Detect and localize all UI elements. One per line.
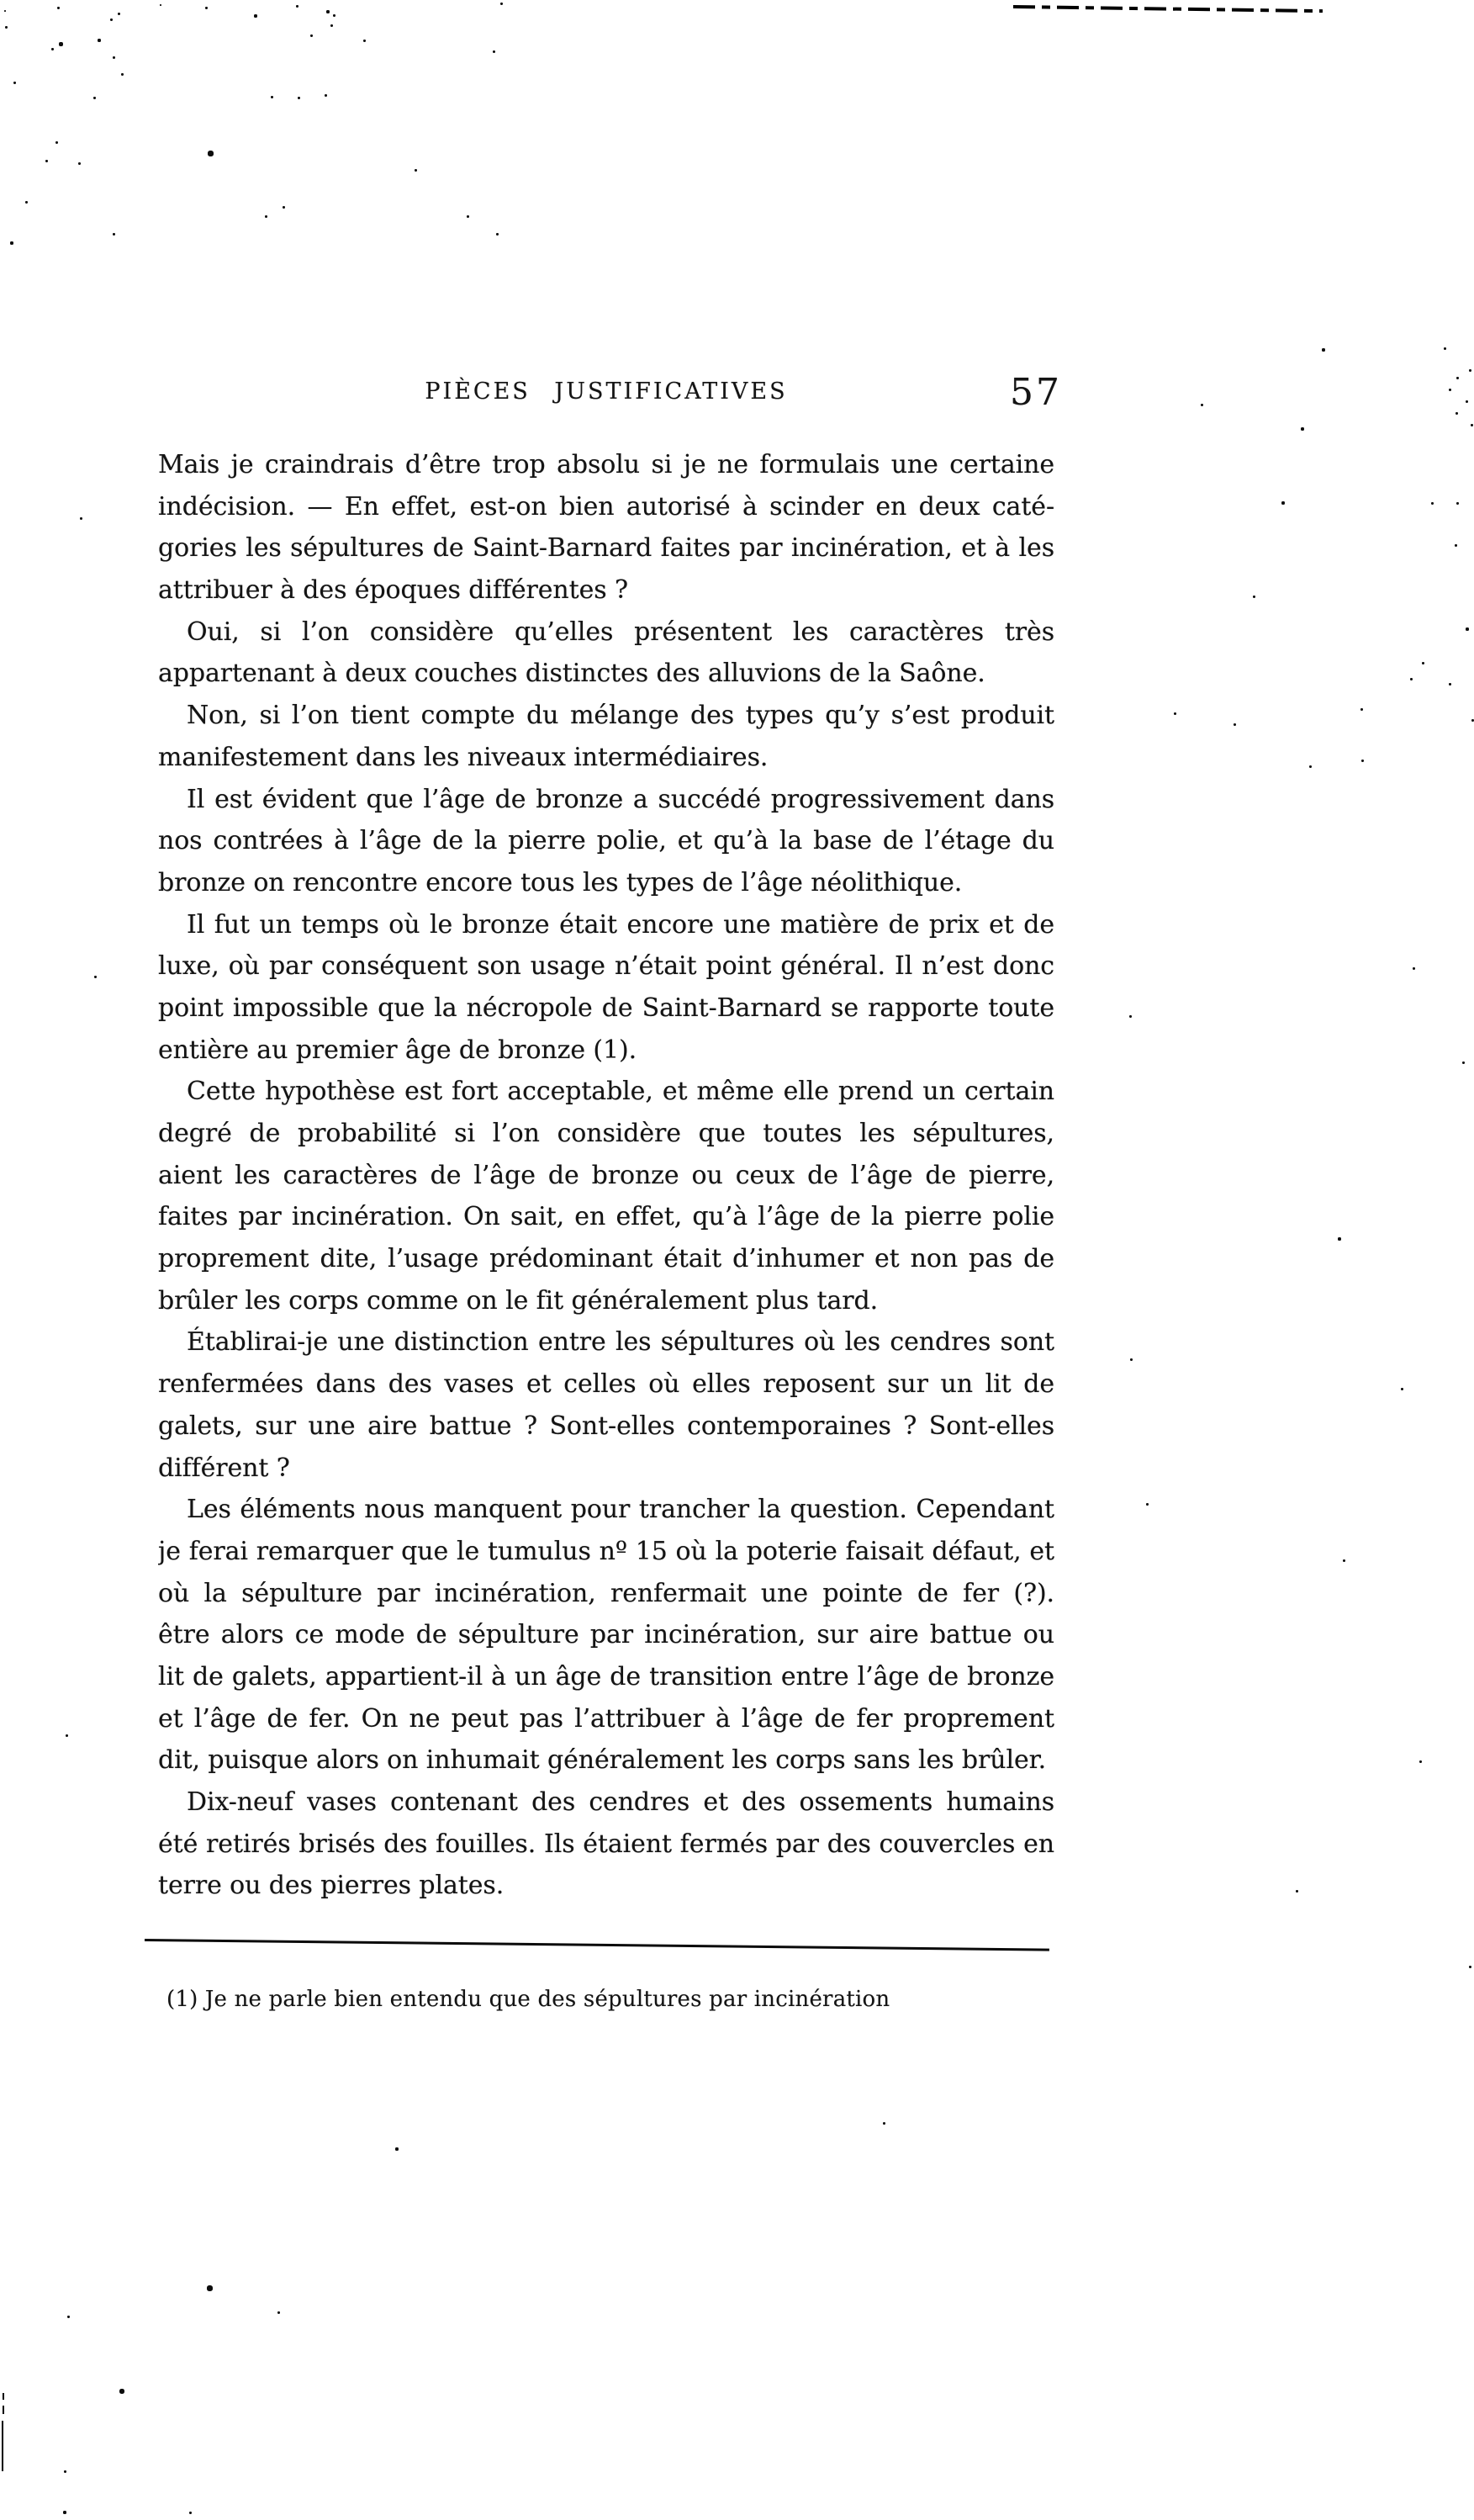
scan-speck <box>78 162 81 165</box>
footnote-text: (1) Je ne parle bien entendu que des sép… <box>166 1987 1007 2012</box>
scan-speck <box>1361 760 1364 762</box>
scan-speck <box>415 169 417 172</box>
scan-speck <box>1449 389 1451 391</box>
scan-speck <box>1456 377 1459 379</box>
text-line: attribuer à des époques différentes ? <box>158 569 1054 611</box>
scan-speck <box>1201 404 1203 406</box>
text-line: lit de galets, appartient-il à un âge de… <box>158 1656 1054 1698</box>
paragraph: Il est évident que l’âge de bronze a suc… <box>158 779 1054 904</box>
scan-speck <box>1146 1503 1149 1506</box>
scan-speck <box>271 96 273 98</box>
text-line: gories les sépultures de Saint-Barnard f… <box>158 527 1054 569</box>
scan-speck <box>1413 967 1415 970</box>
scan-speck <box>13 82 16 84</box>
left-edge-tick <box>3 2406 4 2414</box>
scan-speck <box>121 73 124 76</box>
paragraph: Dix-neuf vases contenant des cendres et … <box>158 1781 1054 1907</box>
left-edge-line <box>2 2421 3 2471</box>
text-line: et l’âge de fer. On ne peut pas l’attrib… <box>158 1698 1054 1740</box>
scan-speck <box>265 215 267 218</box>
scan-speck <box>4 10 6 12</box>
scan-speck <box>1471 424 1473 426</box>
scan-speck <box>496 233 499 236</box>
scan-speck <box>1343 1559 1345 1562</box>
scan-speck <box>395 2147 399 2151</box>
text-line: Non, si l’on tient compte du mélange des… <box>158 695 1054 737</box>
text-line: Il est évident que l’âge de bronze a suc… <box>158 779 1054 821</box>
scan-speck <box>296 5 298 8</box>
paragraph: Mais je craindrais d’être trop absolu si… <box>158 444 1054 611</box>
scan-speck <box>1234 723 1236 726</box>
scan-speck <box>500 3 503 5</box>
scan-speck <box>207 2285 213 2291</box>
scan-speck <box>1419 1760 1422 1763</box>
text-line: je ferai remarquer que le tumulus nº 15 … <box>158 1531 1054 1573</box>
scan-speck <box>467 215 469 218</box>
scan-speck <box>93 97 96 99</box>
scan-speck <box>1338 1237 1341 1241</box>
paragraph: Oui, si l’on considère qu’elles présente… <box>158 611 1054 695</box>
scan-speck <box>326 10 330 13</box>
scan-speck <box>1129 1015 1132 1018</box>
text-line: Il fut un temps où le bronze était encor… <box>158 904 1054 946</box>
scan-speck <box>298 97 300 99</box>
text-line: renfermées dans des vases et celles où e… <box>158 1363 1054 1406</box>
scan-speck <box>1296 1890 1298 1893</box>
scan-speck <box>1466 627 1469 631</box>
page-header-title: PIÈCES JUSTIFICATIVES <box>158 379 1054 405</box>
page: PIÈCES JUSTIFICATIVES 57 Mais je craindr… <box>0 0 1474 2520</box>
scan-speck <box>254 14 257 18</box>
scan-speck <box>310 34 313 37</box>
scan-speck <box>1466 400 1468 403</box>
left-edge-tick <box>3 2393 4 2400</box>
page-number: 57 <box>1010 371 1062 414</box>
scan-speck <box>1360 708 1363 711</box>
scan-speck <box>1422 662 1424 664</box>
text-line: point impossible que la nécropole de Sai… <box>158 987 1054 1030</box>
scan-speck <box>333 14 335 17</box>
scan-speck <box>1174 712 1176 715</box>
scan-speck <box>110 19 113 21</box>
text-line: différent ? <box>158 1448 1054 1490</box>
scan-speck <box>80 517 82 520</box>
scan-speck <box>25 201 28 204</box>
text-line: Mais je craindrais d’être trop absolu si… <box>158 444 1054 486</box>
scan-speck <box>118 13 120 15</box>
scan-speck <box>208 151 214 156</box>
scan-speck <box>1469 1966 1471 1968</box>
text-line: manifestement dans les niveaux intermédi… <box>158 737 1054 779</box>
text-line: Établirai-je une distinction entre les s… <box>158 1321 1054 1363</box>
scan-speck <box>1469 369 1471 372</box>
text-line: luxe, où par conséquent son usage n’étai… <box>158 945 1054 987</box>
body-text: Mais je craindrais d’être trop absolu si… <box>158 444 1054 1907</box>
scan-speck <box>119 2389 124 2394</box>
text-line: où la sépulture par incinération, renfer… <box>158 1573 1054 1615</box>
scan-speck <box>363 40 366 42</box>
scan-speck <box>277 2311 280 2314</box>
scan-speck <box>160 4 161 6</box>
scan-speck <box>1462 1061 1465 1064</box>
text-line: terre ou des pierres plates. <box>158 1865 1054 1907</box>
scan-speck <box>5 26 8 29</box>
scan-speck <box>55 141 58 144</box>
scan-speck <box>1431 502 1434 505</box>
scan-speck <box>493 50 495 53</box>
scan-speck <box>98 39 101 42</box>
scan-speck <box>1410 678 1413 680</box>
text-line: brûler les corps comme on le fit général… <box>158 1280 1054 1322</box>
footnote-rule <box>145 1939 1049 1951</box>
text-line: été retirés brisés des fouilles. Ils éta… <box>158 1824 1054 1866</box>
text-line: indécision. — En effet, est-on bien auto… <box>158 486 1054 528</box>
scan-speck <box>10 241 13 245</box>
text-line: dit, puisque alors on inhumait généralem… <box>158 1739 1054 1781</box>
scan-speck <box>94 976 97 978</box>
text-line: Les éléments nous manquent pour trancher… <box>158 1489 1054 1531</box>
scan-speck <box>189 2512 192 2514</box>
scan-speck <box>113 233 115 236</box>
scan-speck <box>1322 348 1325 352</box>
scan-speck <box>1309 765 1312 768</box>
scan-speck <box>1456 412 1458 415</box>
text-line: aient les caractères de l’âge de bronze … <box>158 1155 1054 1197</box>
scan-speck <box>1130 1358 1133 1361</box>
scan-speck <box>64 2470 66 2473</box>
scan-speck <box>1401 1388 1403 1390</box>
scan-speck <box>1444 347 1446 350</box>
scan-speck <box>1253 596 1255 598</box>
paragraph: Cette hypothèse est fort acceptable, et … <box>158 1071 1054 1321</box>
text-line: faites par incinération. On sait, en eff… <box>158 1196 1054 1238</box>
top-edge-dashes <box>1013 5 1323 13</box>
paragraph: Il fut un temps où le bronze était encor… <box>158 904 1054 1072</box>
text-line: Oui, si l’on considère qu’elles présente… <box>158 611 1054 654</box>
scan-speck <box>205 7 208 9</box>
scan-speck <box>51 48 54 50</box>
scan-speck <box>883 2122 885 2125</box>
scan-speck <box>1281 501 1285 505</box>
text-line: bronze on rencontre encore tous les type… <box>158 862 1054 904</box>
paragraph: Établirai-je une distinction entre les s… <box>158 1321 1054 1489</box>
scan-speck <box>57 7 60 9</box>
text-line: proprement dite, l’usage prédominant éta… <box>158 1238 1054 1280</box>
text-line: degré de probabilité si l’on considère q… <box>158 1113 1054 1155</box>
paragraph: Les éléments nous manquent pour trancher… <box>158 1489 1054 1781</box>
scan-speck <box>66 1734 68 1737</box>
scan-speck <box>45 160 48 162</box>
scan-speck <box>63 2511 66 2514</box>
text-line: appartenant à deux couches distinctes de… <box>158 653 1054 695</box>
text-line: galets, sur une aire battue ? Sont-elles… <box>158 1406 1054 1448</box>
scan-speck <box>325 94 327 97</box>
scan-speck <box>67 2316 70 2318</box>
text-line: Dix-neuf vases contenant des cendres et … <box>158 1781 1054 1824</box>
scan-speck <box>1455 544 1457 547</box>
scan-speck <box>1449 683 1451 686</box>
scan-speck <box>113 56 115 59</box>
scan-speck <box>283 206 285 209</box>
text-line: être alors ce mode de sépulture par inci… <box>158 1614 1054 1656</box>
text-line: entière au premier âge de bronze (1). <box>158 1030 1054 1072</box>
paragraph: Non, si l’on tient compte du mélange des… <box>158 695 1054 778</box>
text-line: Cette hypothèse est fort acceptable, et … <box>158 1071 1054 1113</box>
text-line: nos contrées à l’âge de la pierre polie,… <box>158 820 1054 862</box>
scan-speck <box>1301 427 1304 431</box>
scan-speck <box>59 42 63 46</box>
scan-speck <box>1456 502 1459 505</box>
scan-speck <box>330 24 333 27</box>
